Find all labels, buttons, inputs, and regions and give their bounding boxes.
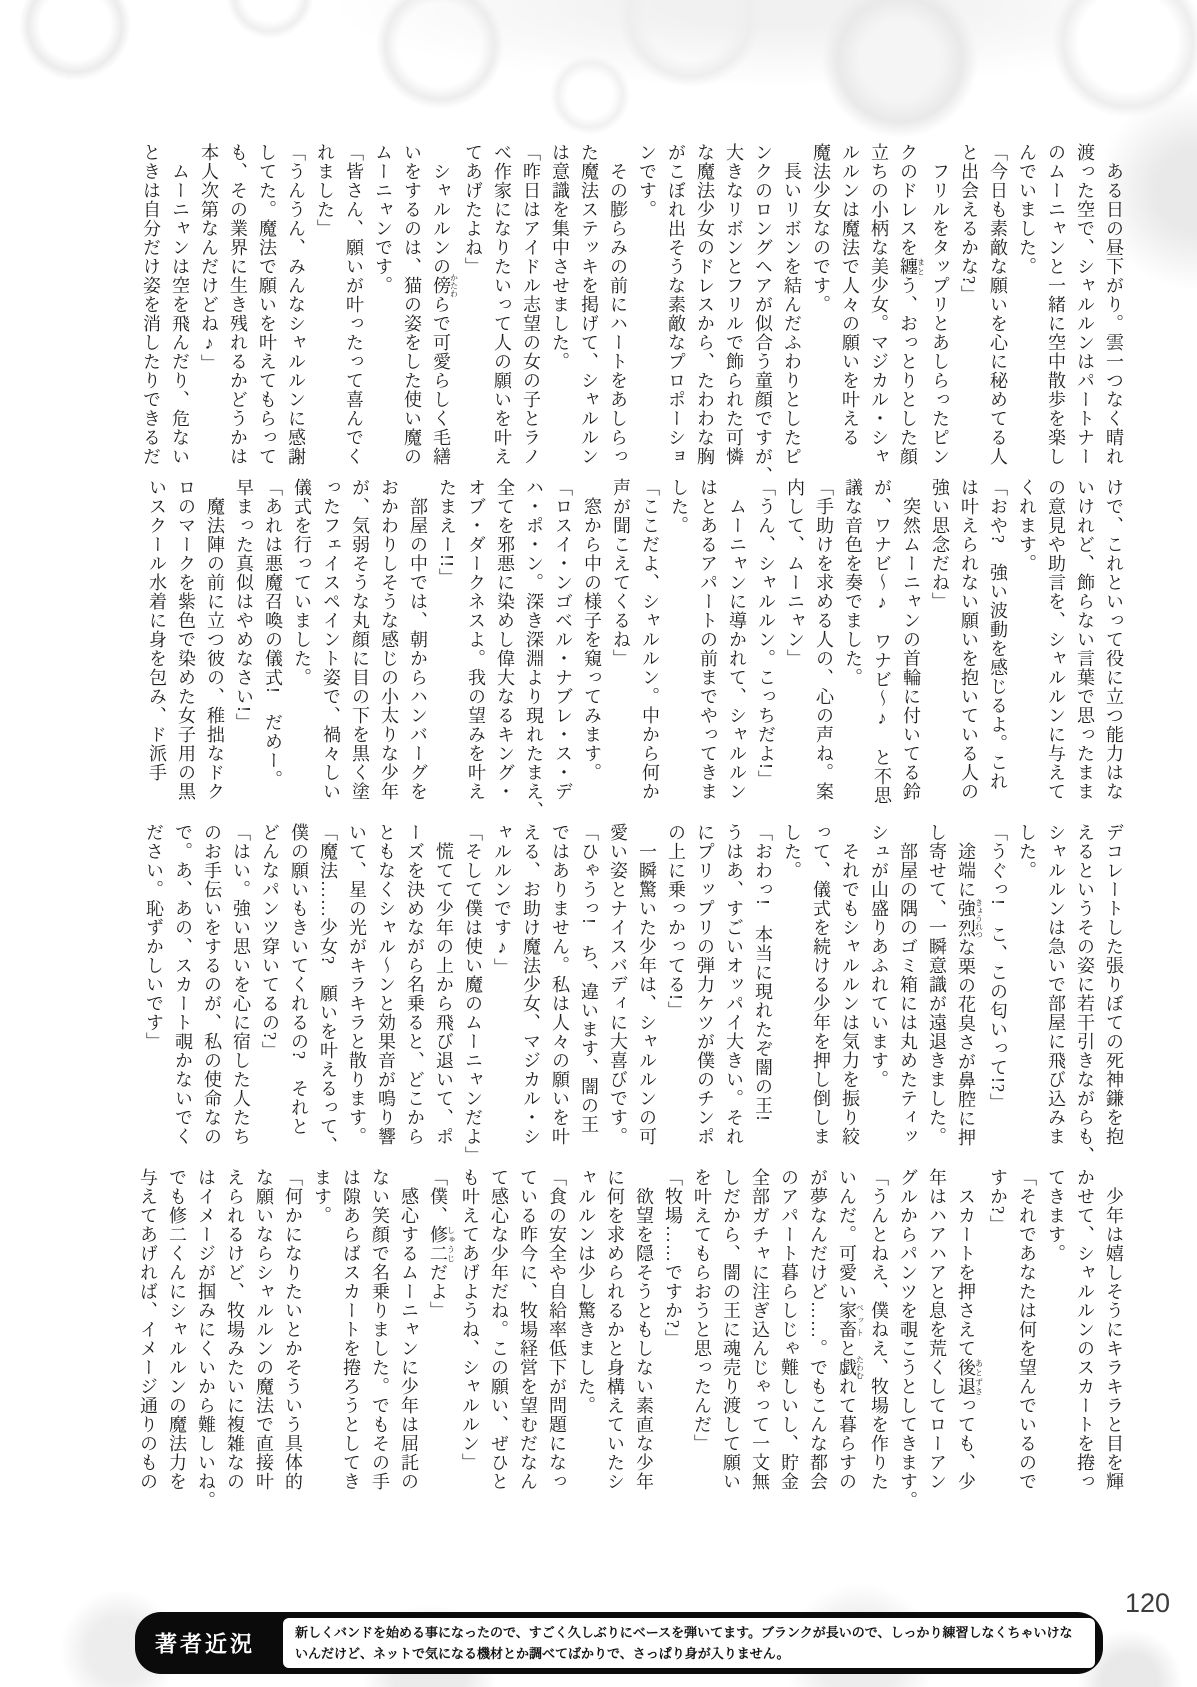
text-column: 「あれは悪魔召喚の儀式! だめー。 [258, 478, 287, 820]
text-column: ロのマークを紫色で染めた女子用の黒 [171, 478, 200, 820]
text-column: はイメージが掴みにくいから難しいね。 [191, 1168, 220, 1510]
text-column: 「今日も素敵な願いを心に秘めてる人 [983, 143, 1012, 485]
text-column: 突然ムーニャンの首輪に付いてる鈴 [896, 478, 925, 820]
author-status-text: 新しくバンドを始める事になったので、すごく久しぶりにベースを弾いてます。ブランク… [283, 1618, 1095, 1668]
text-column: 全部ガチャに注ぎ込んじゃって一文無 [745, 1168, 774, 1510]
text-band-1: ある日の昼下がり。雲一つなく晴れ渡った空で、シャルルンはパートナーのムーニャンと… [136, 143, 1128, 485]
text-column: 慌てて少年の上から飛び退いて、ポ [429, 823, 458, 1165]
text-column: フリルをタップリとあしらったピン [925, 143, 954, 485]
text-column: 部屋の隅のゴミ箱には丸めたティッ [893, 823, 922, 1165]
text-column: 魔法少女なのです。 [806, 143, 835, 485]
text-column: ャルルンです♪」 [487, 823, 516, 1165]
text-column: しだから、闇の王に魂売り渡して願い [716, 1168, 745, 1510]
text-column: ムーニャンは空を飛んだり、危ない [165, 143, 194, 485]
text-column: いをするのは、猫の姿をした使い魔の [397, 143, 426, 485]
text-column: でも修二くんにシャルルンの魔法力を [162, 1168, 191, 1510]
text-column: が、気弱そうな丸顔に目の下を黒く塗 [345, 478, 374, 820]
text-column: を叶えてもらおうと思ったんだ」 [687, 1168, 716, 1510]
text-column: 「そして僕は使い魔のムーニャンだよ」 [458, 823, 487, 1165]
text-column: ではありません。私は人々の願いを叶 [545, 823, 574, 1165]
text-column: 声が聞こえてくるね」 [606, 478, 635, 820]
text-band-4: 少年は嬉しそうにキラキラと目を輝かせて、シャルルンのスカートを捲ってきます。「そ… [133, 1168, 1128, 1510]
text-column: 「おわっ! 本当に現れたぞ闇の王! [748, 823, 777, 1165]
text-column: いけれど、飾らない言葉で思ったまま [1070, 478, 1099, 820]
text-column: がこぼれ出そうな素敵なプロポーショ [661, 143, 690, 485]
text-column: 立ちの小柄な美少女。マジカル・シャ [864, 143, 893, 485]
text-column: 「うんとねえ、僕ねえ、牧場を作りた [864, 1168, 893, 1510]
text-column: って、儀式を続ける少年を押し倒しま [806, 823, 835, 1165]
text-column: も、その業界に生き残れるかどうかは [223, 143, 252, 485]
book-page: ある日の昼下がり。雲一つなく晴れ渡った空で、シャルルンはパートナーのムーニャンと… [0, 0, 1197, 1687]
text-column: 僕の願いもきいてくれるの? それと [284, 823, 313, 1165]
text-column: それでもシャルルンは気力を振り絞 [835, 823, 864, 1165]
text-column: 長いリボンを結んだふわりとしたピ [777, 143, 806, 485]
text-column: 一瞬驚いた少年は、シャルルンの可 [632, 823, 661, 1165]
text-column: 儀式を行っていました。 [287, 478, 316, 820]
text-column: 魔法陣の前に立つ彼の、稚拙なドク [200, 478, 229, 820]
text-column: ている昨今に、牧場経営を望むだなん [513, 1168, 542, 1510]
text-column: 渡った空で、シャルルンはパートナー [1070, 143, 1099, 485]
text-column: 「手助けを求める人の、心の声ね。案 [809, 478, 838, 820]
text-column: は意識を集中させました。 [545, 143, 574, 485]
text-column: ーズを決めながら名乗ると、どこから [400, 823, 429, 1165]
author-status-label: 著者近況 [155, 1628, 255, 1659]
text-column: 途端に強烈きょうれつな栗の花臭さが鼻腔に押 [951, 823, 983, 1165]
text-column: 「それであなたは何を望んでいるので [1012, 1168, 1041, 1510]
text-column: 「ロスイ・ンゴベル・ナブレ・ス・デ [548, 478, 577, 820]
text-column: の意見や助言を、シャルルンに与えて [1041, 478, 1070, 820]
text-column: 強い思念だね」 [925, 478, 954, 820]
text-column: は隙あらばスカートを捲ろうとしてき [336, 1168, 365, 1510]
text-column: 欲望を隠そうともしない素直な少年 [629, 1168, 658, 1510]
text-column: くれます。 [1012, 478, 1041, 820]
text-column: いて、星の光がキラキラと散ります。 [342, 823, 371, 1165]
text-column: した。 [664, 478, 693, 820]
text-column: オブ・ダークネスよ。我の望みを叶え [461, 478, 490, 820]
text-column: その膨らみの前にハートをあしらっ [603, 143, 632, 485]
text-column: が、ワナビ〜♪ ワナビ〜♪ と不思 [867, 478, 896, 820]
text-column: 与えてあげれば、イメージ通りのもの [133, 1168, 162, 1510]
text-column: たまえー!!」 [432, 478, 461, 820]
text-column: 「皆さん、願いが叶ったって喜んでく [339, 143, 368, 485]
text-column: えられるけど、牧場みたいに複雑なの [220, 1168, 249, 1510]
text-column: ルルンは魔法で人々の願いを叶える [835, 143, 864, 485]
text-column: に何を求められるかと身構えていたシ [600, 1168, 629, 1510]
text-column: すか?」 [983, 1168, 1012, 1510]
text-column: ャルルンは少し驚きました。 [571, 1168, 600, 1510]
text-column: ンクのロングヘアが似合う童顔ですが、 [748, 143, 777, 485]
text-column: ときは自分だけ姿を消したりできるだ [136, 143, 165, 485]
text-band-3: デコレートした張りぼての死神鎌を抱えるというその姿に若干引きながらも、シャルルン… [139, 823, 1128, 1165]
text-column: 全てを邪悪に染めし偉大なるキング・ [490, 478, 519, 820]
text-column: 内して、ムーニャン」 [780, 478, 809, 820]
text-column: のムーニャンと一緒に空中散歩を楽し [1041, 143, 1070, 485]
text-column: のお手伝いをするのが、私の使命なの [197, 823, 226, 1165]
text-column: で。あ、あの、スカート覗かないでく [168, 823, 197, 1165]
text-column: してた。魔法で願いを叶えてもらって [252, 143, 281, 485]
text-column: のアパート暮らしじゃ難しいし、貯金 [774, 1168, 803, 1510]
text-column: シュが山盛りあふれています。 [864, 823, 893, 1165]
text-column: の上に乗っかってる!」 [661, 823, 690, 1165]
story-text: ある日の昼下がり。雲一つなく晴れ渡った空で、シャルルンはパートナーのムーニャンと… [0, 0, 1197, 1687]
text-column: ムーニャンに導かれて、シャルルン [722, 478, 751, 820]
text-column: かせて、シャルルンのスカートを捲っ [1070, 1168, 1099, 1510]
text-column: と出会えるかな?」 [954, 143, 983, 485]
text-column: どんなパンツ穿いてるの?」 [255, 823, 284, 1165]
text-column: ない笑顔で名乗りました。でもその手 [365, 1168, 394, 1510]
text-column: 「昨日はアイドル志望の女の子とラノ [516, 143, 545, 485]
page-number: 120 [1125, 1588, 1170, 1619]
text-column: グルからパンツを覗こうとしてきます。 [893, 1168, 922, 1510]
text-column: うはあ、すごいオッパイ大きい。それ [719, 823, 748, 1165]
text-column: 「何かになりたいとかそういう具体的 [278, 1168, 307, 1510]
text-column: は叶えられない願いを抱いている人の [954, 478, 983, 820]
text-column: おかわりしそうな感じの小太りな少年 [374, 478, 403, 820]
text-column: 「おや? 強い波動を感じるよ。これ [983, 478, 1012, 820]
text-column: デコレートした張りぼての死神鎌を抱 [1099, 823, 1128, 1165]
text-column: した。 [777, 823, 806, 1165]
text-column: ともなくシャル〜ンと効果音が鳴り響 [371, 823, 400, 1165]
text-column: ったフェイスペイント姿で、禍々しい [316, 478, 345, 820]
text-column: 部屋の中では、朝からハンバーグを [403, 478, 432, 820]
text-column: 早まった真似はやめなさい!」 [229, 478, 258, 820]
text-column: てきます。 [1041, 1168, 1070, 1510]
text-column: が夢なんだけど……。でもこんな都会 [803, 1168, 832, 1510]
author-status-bar: 著者近況 新しくバンドを始める事になったので、すごく久しぶりにベースを弾いてます… [135, 1612, 1103, 1674]
text-column: にプリップリの弾力ケツが僕のチンポ [690, 823, 719, 1165]
text-column: けで、これといって役に立つ能力はな [1099, 478, 1128, 820]
text-column: はとあるアパートの前までやってきま [693, 478, 722, 820]
text-column: 「ひゃうっ! ち、違います、闇の王 [574, 823, 603, 1165]
text-band-2: けで、これといって役に立つ能力はないけれど、飾らない言葉で思ったままの意見や助言… [142, 478, 1128, 820]
text-column: 「ここだよ、シャルルン。中から何か [635, 478, 664, 820]
text-column: 議な音色を奏でました。 [838, 478, 867, 820]
text-column: ます。 [307, 1168, 336, 1510]
text-column: 少年は嬉しそうにキラキラと目を輝 [1099, 1168, 1128, 1510]
text-column: シャルルンの傍かたわらで可愛らしく毛繕 [426, 143, 458, 485]
text-column: いスクール水着に身を包み、ド派手 [142, 478, 171, 820]
text-column: 「うんうん、みんなシャルルンに感謝 [281, 143, 310, 485]
text-column: 感心するムーニャンに少年は屈託の [394, 1168, 423, 1510]
text-column: える、お助け魔法少女、マジカル・シ [516, 823, 545, 1165]
text-column: んでいました。 [1012, 143, 1041, 485]
text-column: 「うぐっ! こ、この匂いって!?」 [983, 823, 1012, 1165]
text-column: シャルルンは急いで部屋に飛び込みま [1041, 823, 1070, 1165]
text-column: し寄せて、一瞬意識が遠退きました。 [922, 823, 951, 1165]
text-column: 窓から中の様子を窺ってみます。 [577, 478, 606, 820]
text-column: 「食の安全や自給率低下が問題になっ [542, 1168, 571, 1510]
text-column: ださい。恥ずかしいです」 [139, 823, 168, 1165]
text-column: な魔法少女のドレスから、たわわな胸 [690, 143, 719, 485]
text-column: 「うん、シャルルン。こっちだよ!」 [751, 478, 780, 820]
text-column: ある日の昼下がり。雲一つなく晴れ [1099, 143, 1128, 485]
text-column: 「はい。強い思いを心に宿した人たち [226, 823, 255, 1165]
text-column: スカートを押さえて後退あとずさっても、少 [951, 1168, 983, 1510]
text-column: てあげたよね」 [458, 143, 487, 485]
text-column: クのドレスを纏まとう、おっとりとした顔 [893, 143, 925, 485]
text-column: いんだ。可愛い家畜ペットと戯たわむれて暮らすの [832, 1168, 864, 1510]
text-column: 「牧場……ですか?」 [658, 1168, 687, 1510]
text-column: 本人次第なんだけどね♪」 [194, 143, 223, 485]
text-column: た魔法ステッキを掲げて、シャルルン [574, 143, 603, 485]
text-column: 年はハアハアと息を荒くしてローアン [922, 1168, 951, 1510]
text-column: えるというその姿に若干引きながらも、 [1070, 823, 1099, 1165]
text-column: ムーニャンです。 [368, 143, 397, 485]
text-column: ハ・ポ・ン。深き深淵より現れたまえ、 [519, 478, 548, 820]
text-column: な願いならシャルルンの魔法で直接叶 [249, 1168, 278, 1510]
text-column: も叶えてあげようね、シャルルン」 [455, 1168, 484, 1510]
text-column: べ作家になりたいって人の願いを叶え [487, 143, 516, 485]
text-column: て感心な少年だね。この願い、ぜひと [484, 1168, 513, 1510]
text-column: した。 [1012, 823, 1041, 1165]
text-column: れました」 [310, 143, 339, 485]
text-column: 「僕、修二しゅうじだよ」 [423, 1168, 455, 1510]
text-column: 大きなリボンとフリルで飾られた可憐 [719, 143, 748, 485]
text-column: 愛い姿とナイスバディに大喜びです。 [603, 823, 632, 1165]
text-column: 「魔法……少女? 願いを叶えるって、 [313, 823, 342, 1165]
text-column: ンです。 [632, 143, 661, 485]
